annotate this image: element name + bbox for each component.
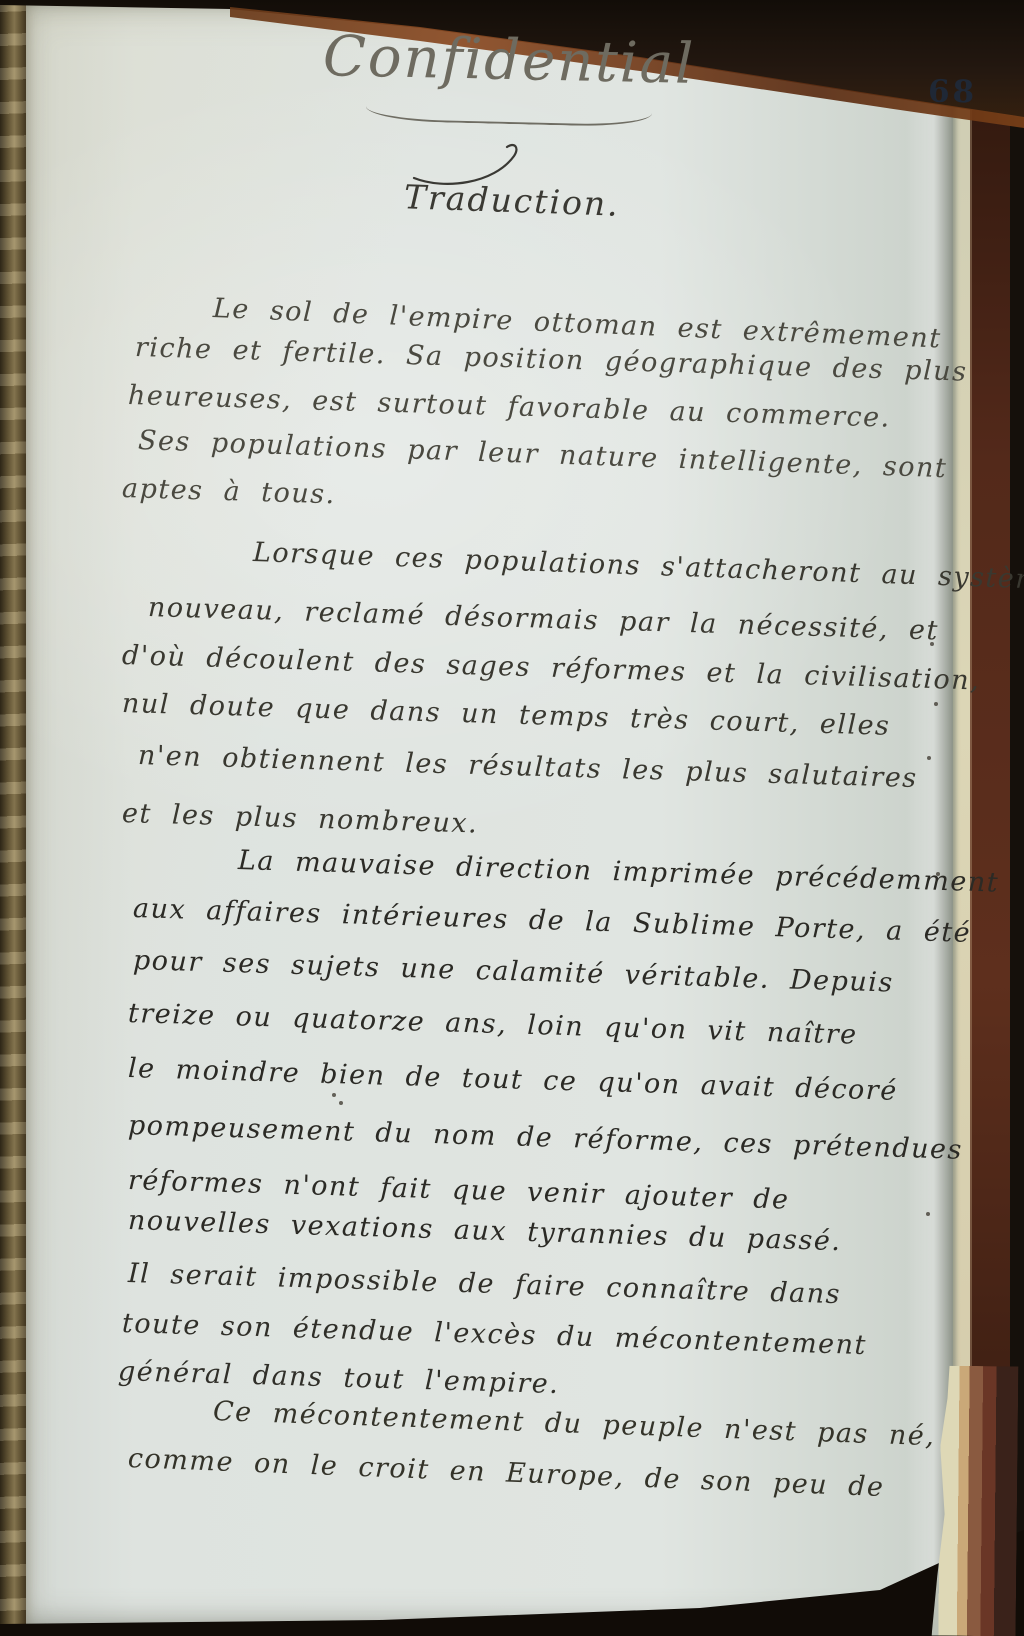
ink-speck bbox=[930, 642, 934, 646]
handwritten-line: Lorsque ces populations s'attacheront au… bbox=[252, 537, 1024, 596]
manuscript-text: Confidential 68 Traduction. Le sol de l'… bbox=[0, 0, 1024, 1636]
handwritten-line: aux affaires intérieures de la Sublime P… bbox=[133, 893, 972, 949]
handwritten-line: toute son étendue l'excès du mécontentem… bbox=[122, 1308, 868, 1361]
handwritten-line: le moindre bien de tout ce qu'on avait d… bbox=[128, 1053, 899, 1107]
handwritten-line: comme on le croit en Europe, de son peu … bbox=[127, 1443, 885, 1503]
section-title: Traduction. bbox=[403, 177, 620, 224]
handwritten-line: treize ou quatorze ans, loin qu'on vit n… bbox=[128, 998, 859, 1051]
handwritten-line: n'en obtiennent les résultats les plus s… bbox=[138, 740, 919, 794]
ink-speck bbox=[926, 1212, 930, 1216]
handwritten-line: pour ses sujets une calamité véritable. … bbox=[133, 945, 895, 999]
ink-speck bbox=[936, 872, 940, 876]
handwritten-line: aptes à tous. bbox=[122, 473, 337, 510]
handwritten-line: nul doute que dans un temps très court, … bbox=[122, 688, 891, 742]
handwritten-line: Il serait impossible de faire connaître … bbox=[128, 1258, 842, 1310]
handwritten-line: général dans tout l'empire. bbox=[118, 1356, 560, 1400]
manuscript-photo: Confidential 68 Traduction. Le sol de l'… bbox=[0, 0, 1024, 1636]
ink-speck bbox=[339, 1101, 343, 1105]
handwritten-line: Ce mécontentement du peuple n'est pas né… bbox=[212, 1396, 935, 1452]
ink-speck bbox=[934, 702, 938, 706]
handwritten-line: Ses populations par leur nature intellig… bbox=[137, 425, 947, 484]
ink-speck bbox=[332, 1093, 336, 1097]
handwritten-line: d'où découlent des sages réformes et la … bbox=[122, 640, 981, 696]
ink-speck bbox=[927, 756, 931, 760]
heading-underline-flourish bbox=[366, 93, 653, 128]
handwritten-line: nouveau, reclamé désormais par la nécess… bbox=[148, 592, 940, 646]
handwritten-line: La mauvaise direction imprimée précédemm… bbox=[238, 845, 1000, 899]
handwritten-line: heureuses, est surtout favorable au comm… bbox=[128, 380, 892, 434]
handwritten-line: pompeusement du nom de réforme, ces prét… bbox=[128, 1110, 964, 1166]
classification-heading: Confidential bbox=[322, 24, 695, 97]
handwritten-line: et les plus nombreux. bbox=[122, 798, 479, 840]
page-number: 68 bbox=[928, 74, 978, 111]
